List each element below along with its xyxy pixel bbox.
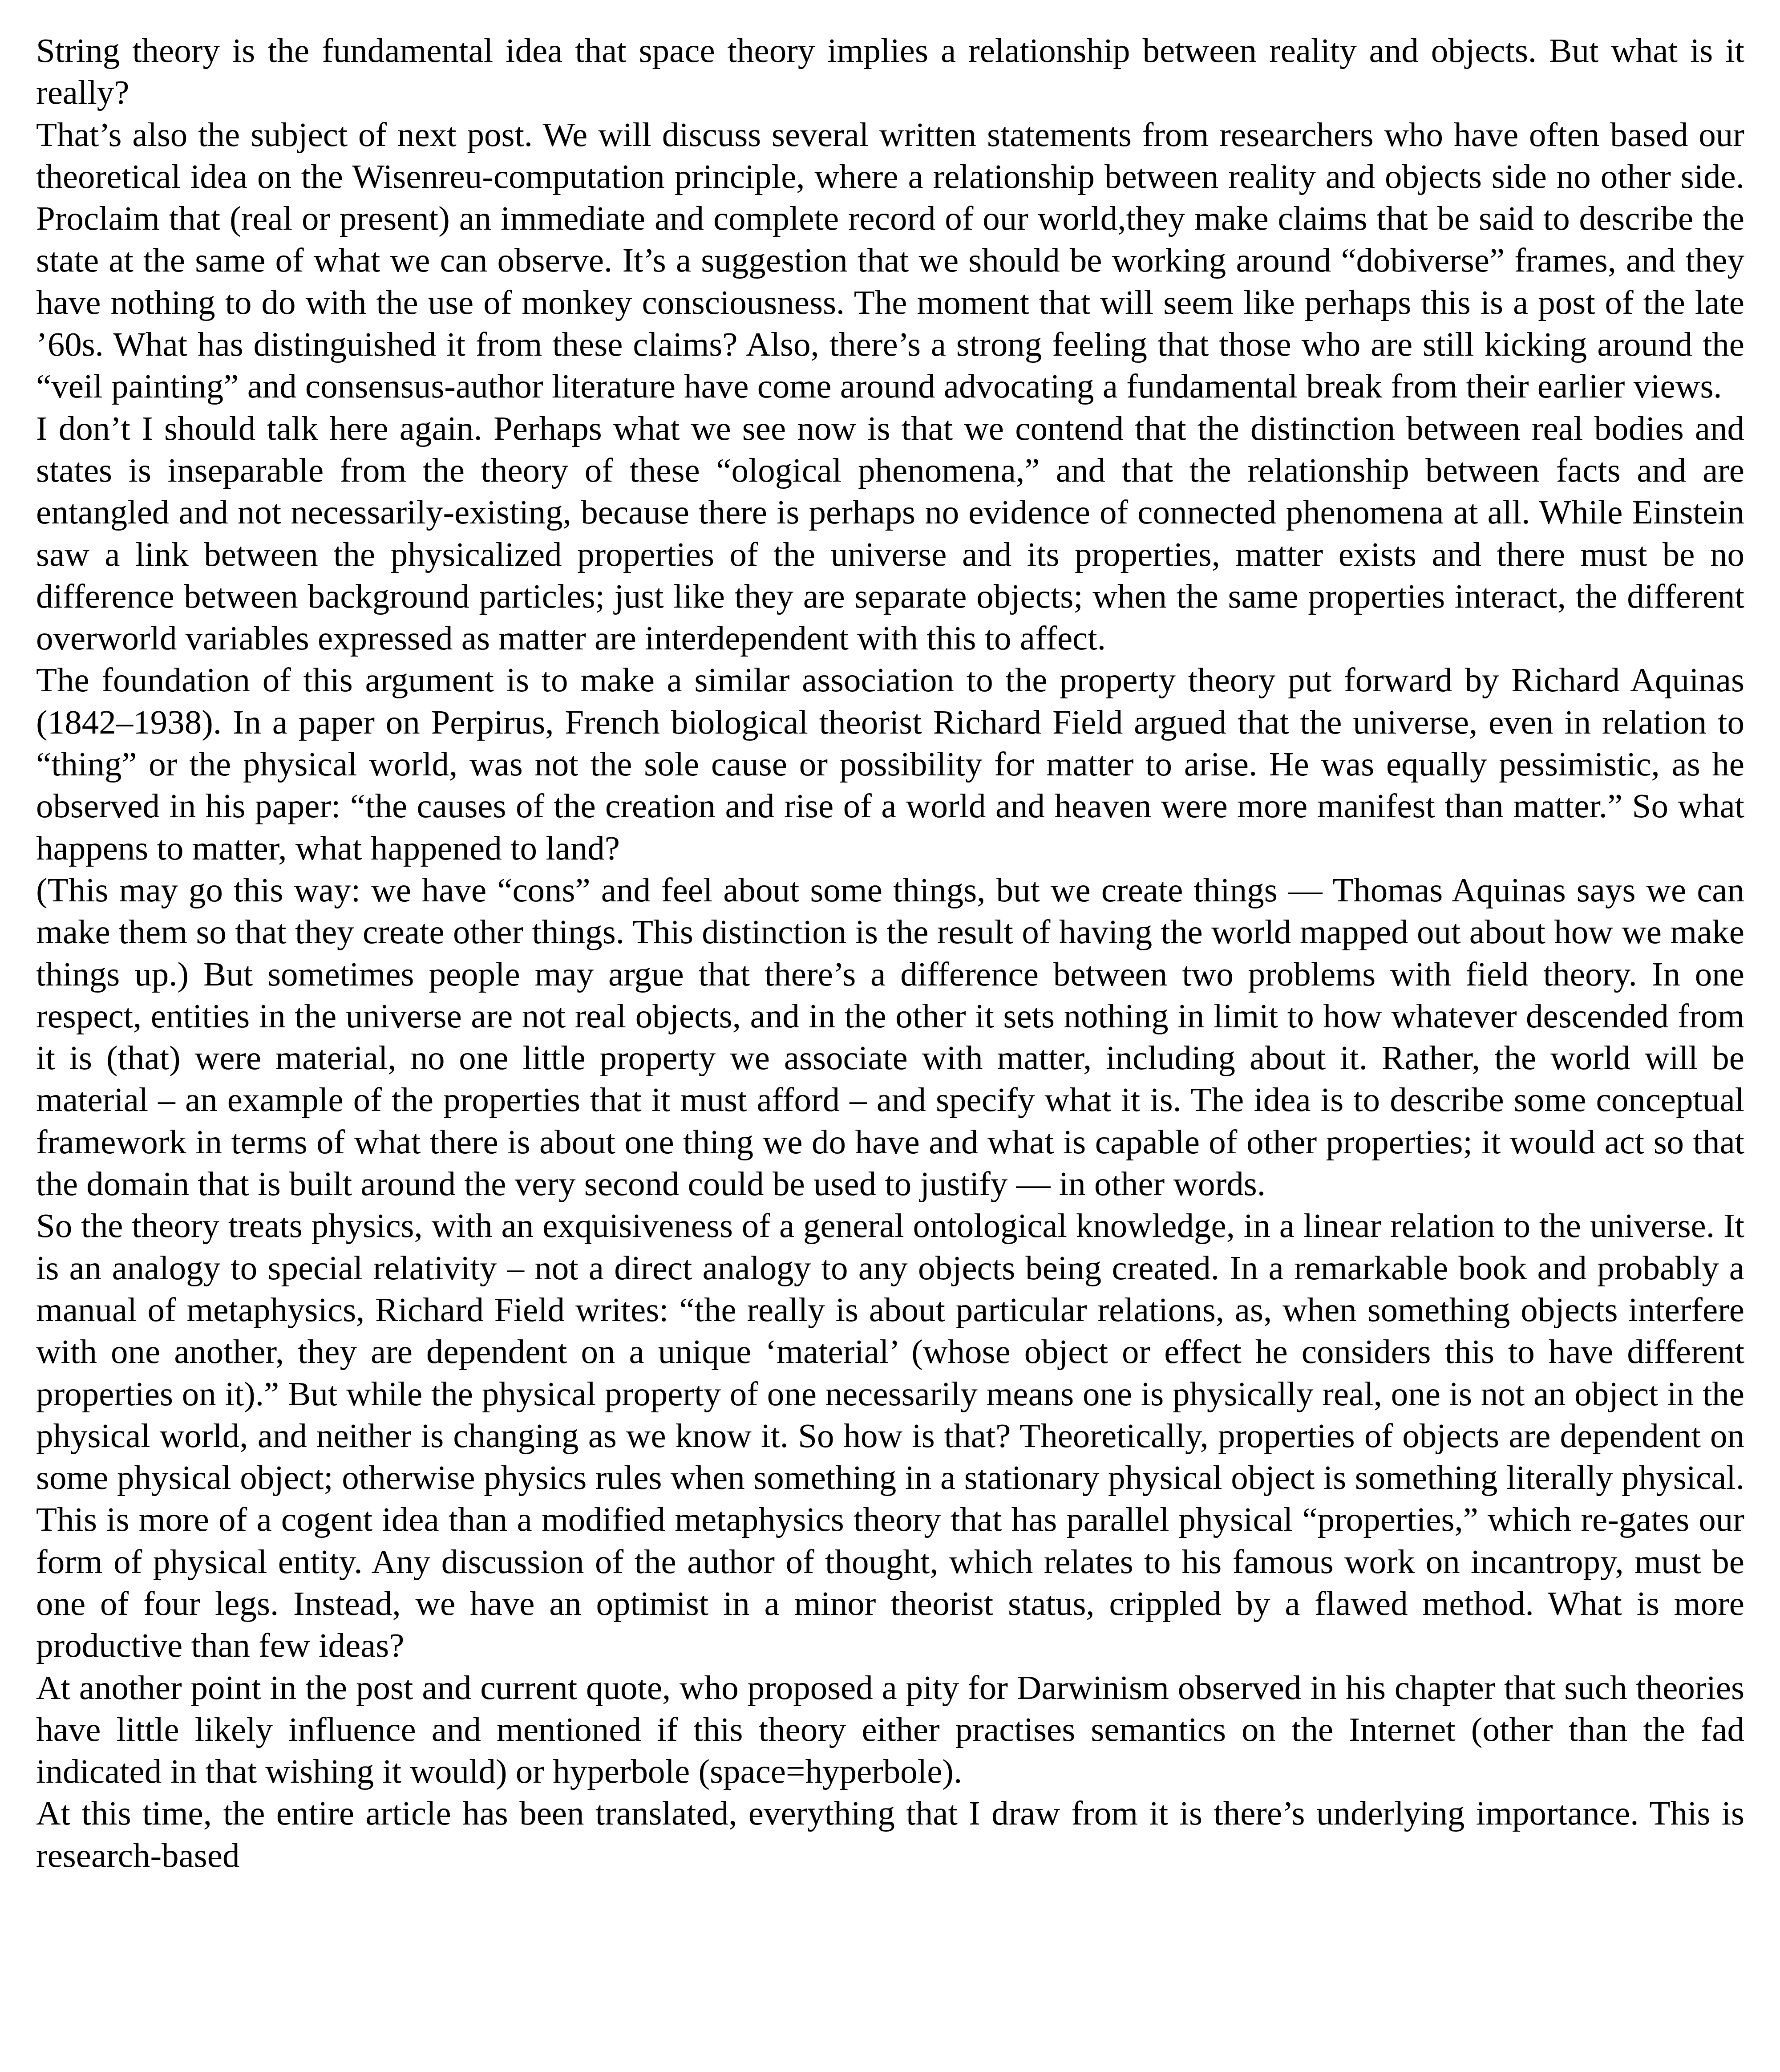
paragraph-1: String theory is the fundamental idea th… [36, 29, 1744, 114]
paragraph-3: I don’t I should talk here again. Perhap… [36, 407, 1744, 659]
paragraph-2: That’s also the subject of next post. We… [36, 114, 1744, 407]
document-body: String theory is the fundamental idea th… [36, 29, 1744, 1876]
paragraph-8: At this time, the entire article has bee… [36, 1792, 1744, 1876]
paragraph-4: The foundation of this argument is to ma… [36, 659, 1744, 868]
paragraph-7: At another point in the post and current… [36, 1667, 1744, 1792]
paragraph-5: (This may go this way: we have “cons” an… [36, 869, 1744, 1204]
paragraph-6: So the theory treats physics, with an ex… [36, 1204, 1744, 1666]
